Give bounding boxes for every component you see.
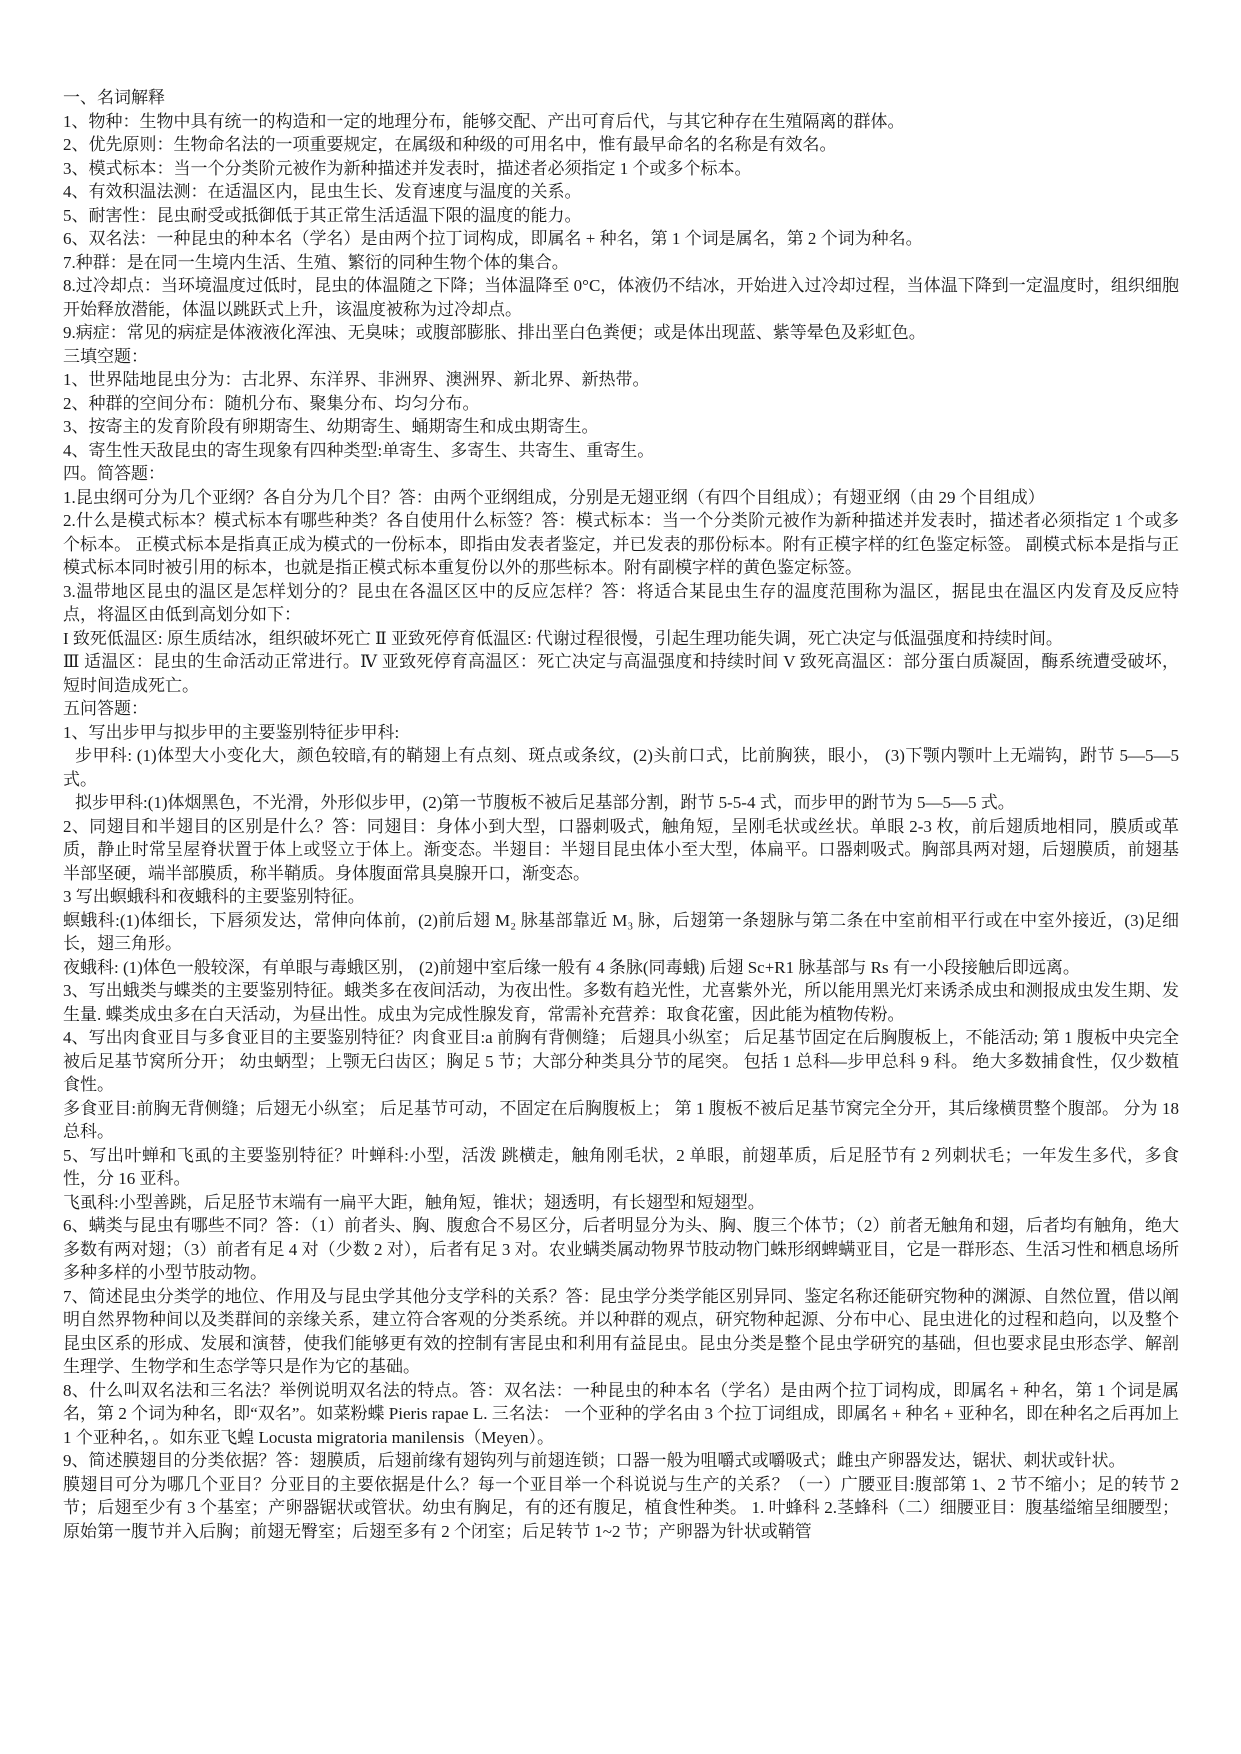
fill-blank-item: 1、世界陆地昆虫分为：古北界、东洋界、非洲界、澳洲界、新北界、新热带。 bbox=[63, 368, 1179, 392]
section-heading-short-answer: 四。简答题： bbox=[63, 462, 1179, 486]
term-item: 8.过冷却点：当环境温度过低时，昆虫的体温随之下降；当体温降至 0°C，体液仍不… bbox=[63, 274, 1179, 321]
short-answer-item: 3.温带地区昆虫的温区是怎样划分的？昆虫在各温区区中的反应怎样？答：将适合某昆虫… bbox=[63, 580, 1179, 627]
term-item: 3、模式标本：当一个分类阶元被作为新种描述并发表时，描述者必须指定 1 个或多个… bbox=[63, 157, 1179, 181]
fill-blank-item: 3、按寄主的发育阶段有卵期寄生、幼期寄生、蛹期寄生和成虫期寄生。 bbox=[63, 415, 1179, 439]
essay-item: 多食亚目:前胸无背侧缝；后翅无小纵室； 后足基节可动，不固定在后胸腹板上； 第 … bbox=[63, 1097, 1179, 1144]
essay-item: 1、写出步甲与拟步甲的主要鉴别特征步甲科: bbox=[63, 721, 1179, 745]
section-heading-fill-blanks: 三填空题： bbox=[63, 345, 1179, 369]
essay-item: 6、螨类与昆虫有哪些不同？答：（1）前者头、胸、腹愈合不易区分，后者明显分为头、… bbox=[63, 1214, 1179, 1285]
essay-item: 9、简述膜翅目的分类依据？答：翅膜质，后翅前缘有翅钩列与前翅连锁；口器一般为咀嚼… bbox=[63, 1449, 1179, 1473]
section-heading-essay: 五问答题： bbox=[63, 697, 1179, 721]
essay-item: 夜蛾科: (1)体色一般较深，有单眼与毒蛾区别， (2)前翅中室后缘一般有 4 … bbox=[63, 956, 1179, 980]
term-item: 7.种群：是在同一生境内生活、生殖、繁衍的同种生物个体的集合。 bbox=[63, 251, 1179, 275]
short-answer-item: I 致死低温区: 原生质结冰，组织破坏死亡 Ⅱ 亚致死停育低温区: 代谢过程很慢… bbox=[63, 627, 1179, 651]
term-item: 6、双名法：一种昆虫的种本名（学名）是由两个拉丁词构成，即属名 + 种名，第 1… bbox=[63, 227, 1179, 251]
term-item: 5、耐害性：昆虫耐受或抵御低于其正常生活适温下限的温度的能力。 bbox=[63, 204, 1179, 228]
term-item: 4、有效积温法测：在适温区内，昆虫生长、发育速度与温度的关系。 bbox=[63, 180, 1179, 204]
term-item: 9.病症：常见的病症是体液液化浑浊、无臭味；或腹部膨胀、排出垩白色粪便；或是体出… bbox=[63, 321, 1179, 345]
section-heading-terms: 一、名词解释 bbox=[63, 86, 1179, 110]
essay-item: 螟蛾科:(1)体细长，下唇须发达，常伸向体前，(2)前后翅 M₂ 脉基部靠近 M… bbox=[63, 909, 1179, 956]
essay-item: 3、写出蛾类与蝶类的主要鉴别特征。蛾类多在夜间活动，为夜出性。多数有趋光性，尤喜… bbox=[63, 979, 1179, 1026]
short-answer-item: 2.什么是模式标本？模式标本有哪些种类？各自使用什么标签？答：模式标本：当一个分… bbox=[63, 509, 1179, 580]
short-answer-item: 1.昆虫纲可分为几个亚纲？各自分为几个目？答：由两个亚纲组成，分别是无翅亚纲（有… bbox=[63, 486, 1179, 510]
essay-item: 4、写出肉食亚目与多食亚目的主要鉴别特征？肉食亚目:a 前胸有背侧缝； 后翅具小… bbox=[63, 1026, 1179, 1097]
essay-item: 8、什么叫双名法和三名法？举例说明双名法的特点。答：双名法：一种昆虫的种本名（学… bbox=[63, 1379, 1179, 1450]
term-item: 1、物种：生物中具有统一的构造和一定的地理分布，能够交配、产出可育后代，与其它种… bbox=[63, 110, 1179, 134]
essay-item: 3 写出螟蛾科和夜蛾科的主要鉴别特征。 bbox=[63, 885, 1179, 909]
short-answer-item: Ⅲ 适温区：昆虫的生命活动正常进行。Ⅳ 亚致死停育高温区：死亡决定与高温强度和持… bbox=[63, 650, 1179, 697]
fill-blank-item: 4、寄生性天敌昆虫的寄生现象有四种类型:单寄生、多寄生、共寄生、重寄生。 bbox=[63, 439, 1179, 463]
document-page: 一、名词解释 1、物种：生物中具有统一的构造和一定的地理分布，能够交配、产出可育… bbox=[0, 0, 1241, 1754]
essay-item: 5、写出叶蝉和飞虱的主要鉴别特征？叶蝉科:小型，活泼 跳横走，触角刚毛状，2 单… bbox=[63, 1144, 1179, 1191]
term-item: 2、优先原则：生物命名法的一项重要规定，在属级和种级的可用名中，惟有最早命名的名… bbox=[63, 133, 1179, 157]
essay-item: 拟步甲科:(1)体烟黑色，不光滑，外形似步甲，(2)第一节腹板不被后足基部分割，… bbox=[63, 791, 1179, 815]
essay-item: 膜翅目可分为哪几个亚目？分亚目的主要依据是什么？每一个亚目举一个科说说与生产的关… bbox=[63, 1473, 1179, 1544]
essay-item: 步甲科: (1)体型大小变化大，颜色较暗,有的鞘翅上有点刻、斑点或条纹，(2)头… bbox=[63, 744, 1179, 791]
essay-item: 2、同翅目和半翅目的区别是什么？答：同翅目：身体小到大型，口器刺吸式，触角短，呈… bbox=[63, 815, 1179, 886]
fill-blank-item: 2、种群的空间分布：随机分布、聚集分布、均匀分布。 bbox=[63, 392, 1179, 416]
essay-item: 7、简述昆虫分类学的地位、作用及与昆虫学其他分支学科的关系？答：昆虫学分类学能区… bbox=[63, 1285, 1179, 1379]
essay-item: 飞虱科:小型善跳，后足胫节末端有一扁平大距，触角短，锥状；翅透明，有长翅型和短翅… bbox=[63, 1191, 1179, 1215]
